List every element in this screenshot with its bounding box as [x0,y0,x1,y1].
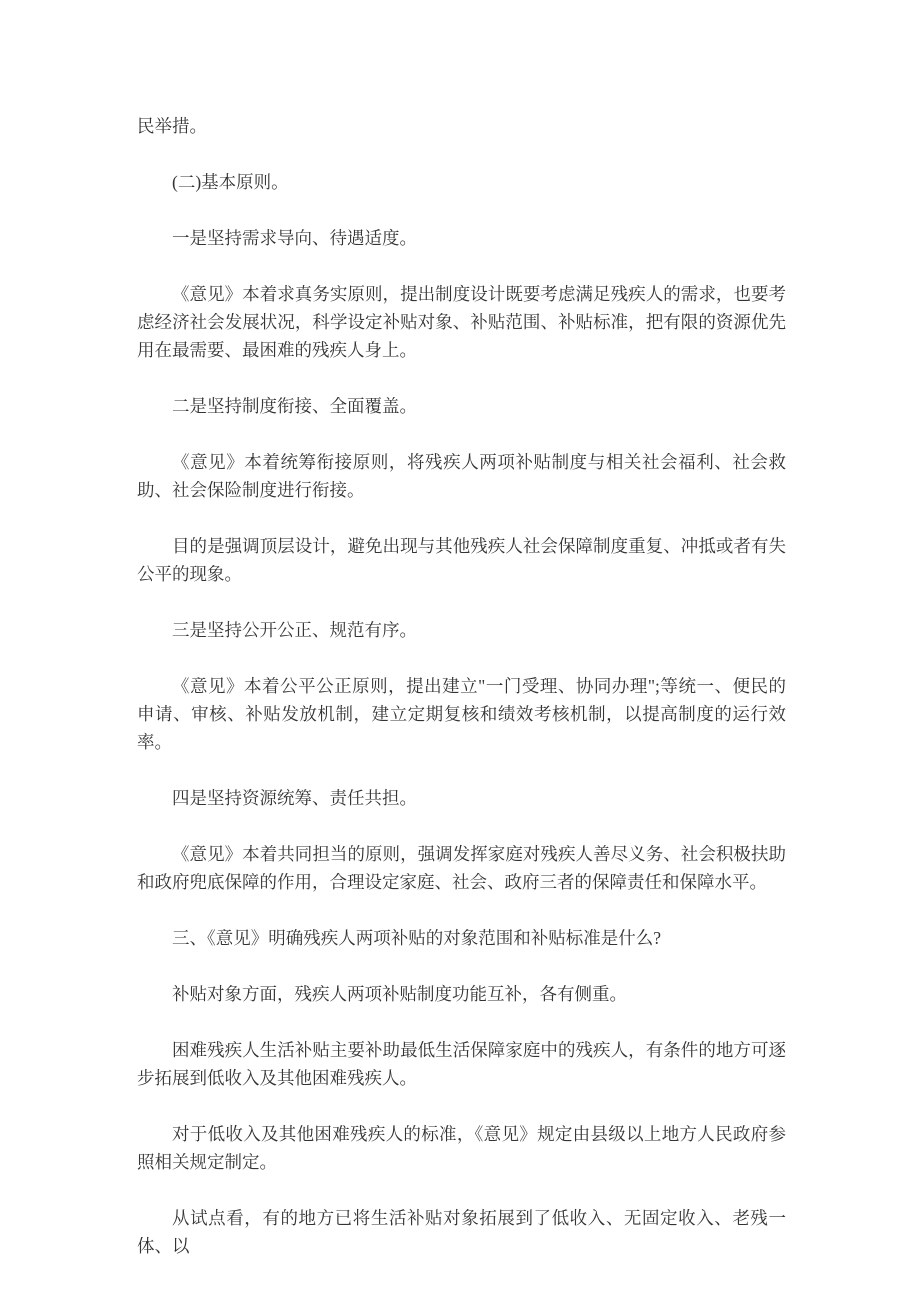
paragraph: 《意见》本着求真务实原则，提出制度设计既要考虑满足残疾人的需求，也要考虑经济社会… [137,280,786,364]
document-page: 民举措。(二)基本原则。一是坚持需求导向、待遇适度。《意见》本着求真务实原则，提… [0,0,920,1302]
sub-heading: 三是坚持公开公正、规范有序。 [137,616,786,644]
sub-heading: 一是坚持需求导向、待遇适度。 [137,224,786,252]
paragraph: 困难残疾人生活补贴主要补助最低生活保障家庭中的残疾人，有条件的地方可逐步拓展到低… [137,1036,786,1092]
paragraph: 对于低收入及其他困难残疾人的标准，《意见》规定由县级以上地方人民政府参照相关规定… [137,1120,786,1176]
document-text-block: 民举措。(二)基本原则。一是坚持需求导向、待遇适度。《意见》本着求真务实原则，提… [137,112,786,1260]
paragraph: 《意见》本着共同担当的原则，强调发挥家庭对残疾人善尽义务、社会积极扶助和政府兜底… [137,840,786,896]
section-heading: 三、《意见》明确残疾人两项补贴的对象范围和补贴标准是什么? [137,924,786,952]
sub-heading: 四是坚持资源统筹、责任共担。 [137,784,786,812]
paragraph: 《意见》本着统筹衔接原则，将残疾人两项补贴制度与相关社会福利、社会救助、社会保险… [137,448,786,504]
paragraph: 目的是强调顶层设计，避免出现与其他残疾人社会保障制度重复、冲抵或者有失公平的现象… [137,532,786,588]
sub-heading: 二是坚持制度衔接、全面覆盖。 [137,392,786,420]
paragraph-continuation: 民举措。 [137,112,786,140]
section-heading: (二)基本原则。 [137,168,786,196]
paragraph-cut-off: 从试点看，有的地方已将生活补贴对象拓展到了低收入、无固定收入、老残一体、以 [137,1204,786,1260]
paragraph: 补贴对象方面，残疾人两项补贴制度功能互补，各有侧重。 [137,980,786,1008]
paragraph: 《意见》本着公平公正原则，提出建立"一门受理、协同办理";等统一、便民的申请、审… [137,672,786,756]
